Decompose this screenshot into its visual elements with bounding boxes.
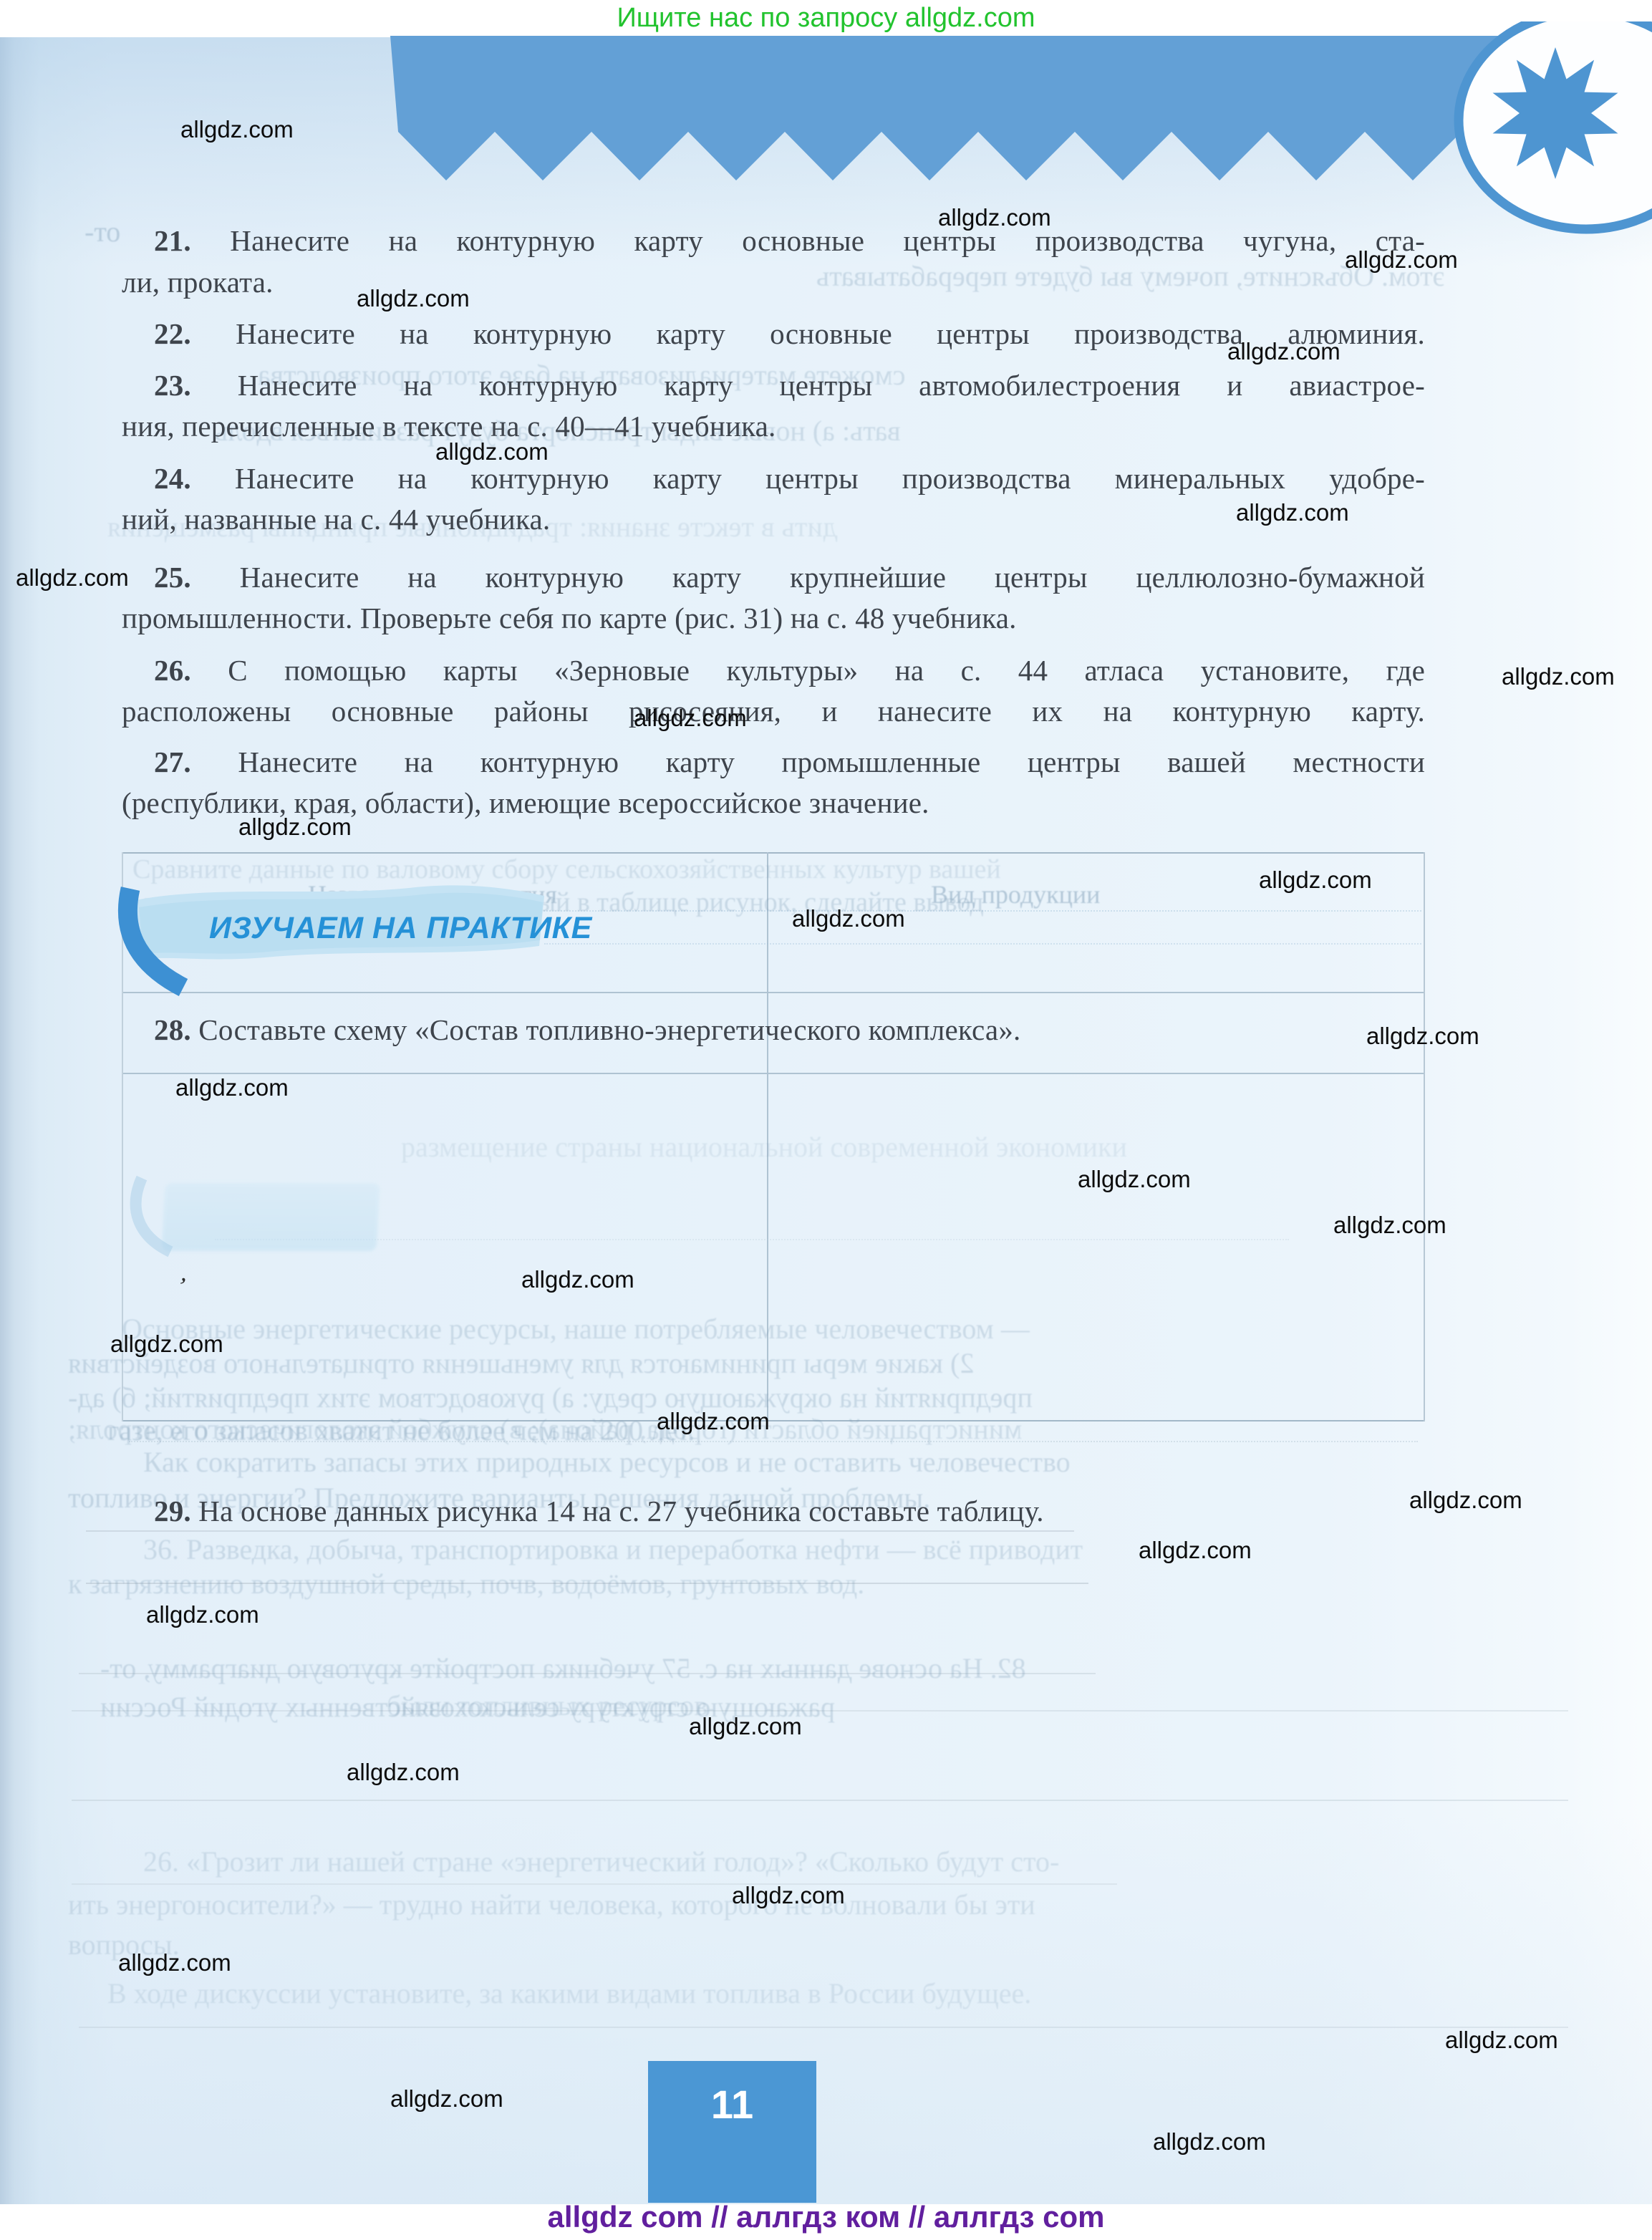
- watermark: allgdz.com: [435, 438, 549, 465]
- watermark: allgdz.com: [938, 204, 1051, 231]
- watermark: allgdz.com: [347, 1759, 460, 1786]
- task-line: 25. Нанесите на контурную карту крупнейш…: [154, 560, 1425, 594]
- watermark: allgdz.com: [689, 1713, 802, 1740]
- task-text: Нанесите на контурную карту центры автом…: [191, 369, 1425, 402]
- page-number: 11: [648, 2081, 816, 2128]
- watermark: allgdz.com: [390, 2085, 503, 2113]
- watermark: allgdz.com: [1259, 866, 1372, 894]
- bleed-text-line: Как сократить запасы этих природных ресу…: [143, 1445, 1071, 1479]
- task-text: Нанесите на контурную карту промышленные…: [191, 745, 1425, 778]
- watermark: allgdz.com: [521, 1266, 634, 1293]
- bleed-text-line: 26. «Грозит ли нашей стране «энергетичес…: [143, 1845, 1059, 1878]
- table-row-line: [122, 1073, 1425, 1074]
- task-number: 24.: [154, 462, 191, 495]
- task-text: На основе данных рисунка 14 на с. 27 уче…: [191, 1495, 1044, 1527]
- bleed-text-line: Вид продукции: [931, 879, 1100, 909]
- bleed-rule: [544, 943, 1421, 945]
- task-text: Нанесите на контурную карту основные цен…: [191, 224, 1425, 257]
- task-text: С помощью карты «Зерновые культуры» на с…: [191, 654, 1425, 687]
- task-text: промышленности. Проверьте себя по карте …: [122, 602, 1017, 634]
- watermark: allgdz.com: [1445, 2027, 1558, 2054]
- task-text: ли, проката.: [122, 266, 274, 299]
- seo-header-text: Ищите нас по запросу allgdz.com: [0, 3, 1652, 34]
- banner-bleed-ghost-arc: [120, 1174, 206, 1260]
- task-line: 21. Нанесите на контурную карту основные…: [154, 223, 1425, 258]
- task-line: 23. Нанесите на контурную карту центры а…: [154, 368, 1425, 402]
- watermark: allgdz.com: [118, 1949, 231, 1976]
- bleed-text-line: -то: [84, 215, 120, 248]
- watermark: allgdz.com: [238, 814, 352, 841]
- task-number: 29.: [154, 1495, 191, 1527]
- footer-site-text: allgdz com // аллгдз ком // аллгдз com: [0, 2200, 1652, 2234]
- bleed-text-line: предприятий на окружающую среду: а) руко…: [68, 1381, 1033, 1414]
- watermark: allgdz.com: [1345, 246, 1458, 274]
- bleed-text-line: 36. Разведка, добыча, транспортировка и …: [143, 1532, 1083, 1566]
- task-number: 26.: [154, 654, 191, 687]
- task-line: ли, проката.: [122, 265, 274, 299]
- workbook-page-scan: Ищите нас по запросу allgdz.com ИЗУЧАЕМ …: [0, 0, 1652, 2240]
- table-right-border: [1424, 852, 1425, 1421]
- watermark: allgdz.com: [1139, 1537, 1252, 1564]
- watermark: allgdz.com: [1153, 2128, 1266, 2155]
- star-emblem-icon: [1446, 21, 1652, 258]
- watermark: allgdz.com: [1502, 663, 1615, 690]
- watermark: allgdz.com: [1236, 499, 1349, 526]
- bleed-text-line: ить энергоносители?» — трудно найти чело…: [68, 1888, 1035, 1921]
- task-line: 27. Нанесите на контурную карту промышле…: [154, 745, 1425, 779]
- bleed-rule: [79, 2027, 1568, 2028]
- task-line: расположены основные районы рисосеяния, …: [122, 694, 1425, 728]
- task-text: расположены основные районы рисосеяния, …: [122, 695, 1425, 728]
- task-line: 29. На основе данных рисунка 14 на с. 27…: [154, 1494, 1044, 1528]
- task-line: 24. Нанесите на контурную карту центры п…: [154, 461, 1425, 496]
- task-number: 23.: [154, 369, 191, 402]
- bleed-text-line: газе, его запасов хватит не более чем на…: [107, 1414, 695, 1447]
- task-number: 25.: [154, 561, 191, 594]
- practice-banner-label: ИЗУЧАЕМ НА ПРАКТИКЕ: [209, 911, 517, 946]
- watermark: allgdz.com: [1333, 1212, 1446, 1239]
- task-number: 28.: [154, 1013, 191, 1046]
- watermark: allgdz.com: [175, 1074, 289, 1101]
- watermark: allgdz.com: [110, 1331, 223, 1358]
- watermark: allgdz.com: [16, 564, 129, 592]
- task-text: Нанесите на контурную карту крупнейшие ц…: [191, 561, 1425, 594]
- task-line: 28. Составьте схему «Состав топливно-эне…: [154, 1013, 1020, 1047]
- bleed-rule: [72, 1883, 1117, 1885]
- bleed-text-line: к загрязнению воздушной среды, почв, вод…: [68, 1567, 864, 1601]
- task-line: промышленности. Проверьте себя по карте …: [122, 601, 1017, 635]
- bleed-rule: [86, 1530, 1074, 1532]
- watermark: allgdz.com: [146, 1601, 259, 1628]
- bleed-text-line: 82. На основе данных на с. 57 учебника п…: [100, 1651, 1026, 1685]
- page-number-box: 11: [648, 2061, 816, 2203]
- watermark: allgdz.com: [180, 116, 294, 143]
- watermark: allgdz.com: [634, 705, 747, 732]
- watermark: allgdz.com: [792, 905, 905, 932]
- bleed-text-line: размещение страны национальной современн…: [401, 1130, 1127, 1164]
- task-text: Составьте схему «Состав топливно-энергет…: [191, 1013, 1021, 1046]
- bleed-text-line: были топливных ресурсов: [387, 1689, 707, 1722]
- watermark: allgdz.com: [1078, 1166, 1191, 1193]
- watermark: allgdz.com: [1409, 1487, 1522, 1514]
- task-number: 27.: [154, 745, 191, 778]
- bleed-rule: [72, 1800, 1568, 1801]
- watermark: allgdz.com: [657, 1408, 770, 1435]
- watermark: allgdz.com: [1227, 338, 1341, 365]
- bleed-text-line: В ходе дискуссии установите, за какими в…: [107, 1976, 1031, 2010]
- watermark: allgdz.com: [732, 1882, 845, 1909]
- task-text: ний, названные на с. 44 учебника.: [122, 503, 550, 536]
- task-line: ний, названные на с. 44 учебника.: [122, 502, 550, 536]
- watermark: allgdz.com: [357, 285, 470, 312]
- task-number: 22.: [154, 317, 191, 350]
- task-number: 21.: [154, 224, 191, 257]
- task-text: Нанесите на контурную карту центры произ…: [191, 462, 1425, 495]
- watermark: allgdz.com: [1366, 1023, 1479, 1050]
- task-line: 26. С помощью карты «Зерновые культуры» …: [154, 653, 1425, 687]
- bleed-text-line: Основные энергетические ресурсы, наше по…: [122, 1312, 1030, 1346]
